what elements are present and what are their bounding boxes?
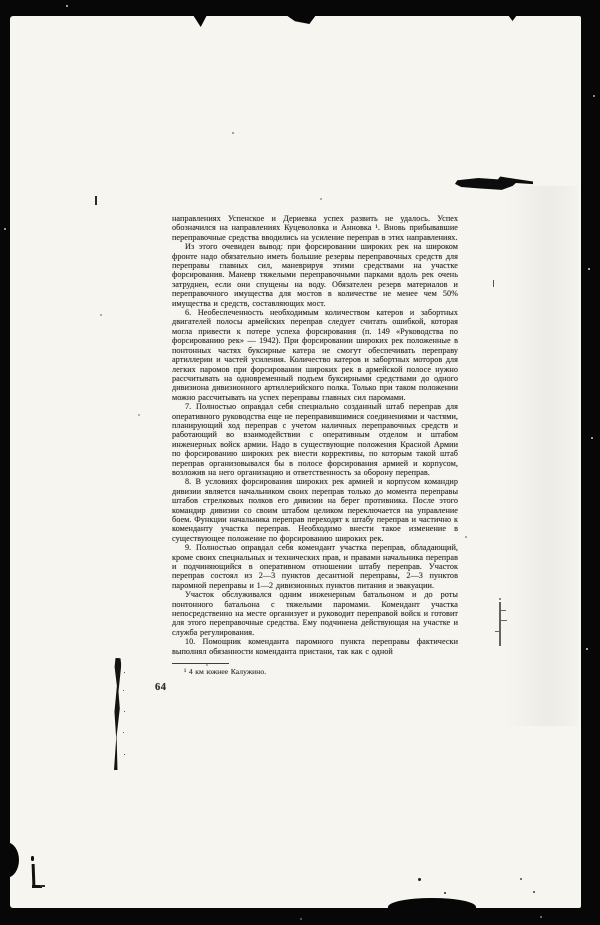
paragraph-item-7: 7. Полностью оправдал себя специально со… [172, 402, 458, 477]
page-curvature-shadow [505, 186, 577, 726]
page-number: 64 [155, 683, 458, 692]
paragraph-item-6: 6. Необеспеченность необходимым количест… [172, 308, 458, 402]
stray-dash-mark [40, 885, 45, 887]
footnote-divider [172, 663, 229, 664]
ink-streak-left-margin [112, 658, 122, 770]
paragraph-conclusion: Из этого очевиден вывод: при форсировани… [172, 242, 458, 308]
scribble-stroke [499, 602, 501, 646]
scan-noise [10, 16, 12, 18]
stray-tick-mark [493, 280, 494, 287]
scribble-stroke [500, 620, 507, 621]
scribble-stroke [495, 631, 501, 632]
footnote: ¹ 4 км южнее Калужино. [172, 667, 458, 676]
paragraph-continuation: направлениях Успенское и Дериевка успех … [172, 214, 458, 242]
margin-scribble [493, 598, 509, 650]
stray-tick-mark [95, 196, 97, 205]
scan-dust-spot [418, 878, 421, 881]
book-page: направлениях Успенское и Дериевка успех … [10, 16, 581, 908]
mark-stroke [31, 856, 34, 861]
mark-stroke [31, 864, 34, 886]
ink-streak-speckles [123, 664, 124, 665]
scan-border-bottom [0, 908, 600, 925]
corner-registration-mark [27, 856, 43, 896]
scan-background: { "page": { "number": "64", "paragraphs"… [0, 0, 600, 925]
scribble-stroke [500, 610, 506, 611]
body-text-column: направлениях Успенское и Дериевка успех … [172, 214, 458, 693]
paragraph-crossing-sector: Участок обслуживался одним инженерным ба… [172, 590, 458, 637]
scan-dust-spot [444, 892, 446, 894]
ink-blot-redaction-mark [455, 174, 533, 192]
paragraph-item-9: 9. Полностью оправдал себя комендант уча… [172, 543, 458, 590]
paragraph-item-8: 8. В условиях форсирования широких рек а… [172, 477, 458, 543]
scribble-stroke [499, 598, 501, 600]
scan-noise-border [0, 0, 2, 2]
paragraph-item-10: 10. Помощник коменданта паромного пункта… [172, 637, 458, 656]
